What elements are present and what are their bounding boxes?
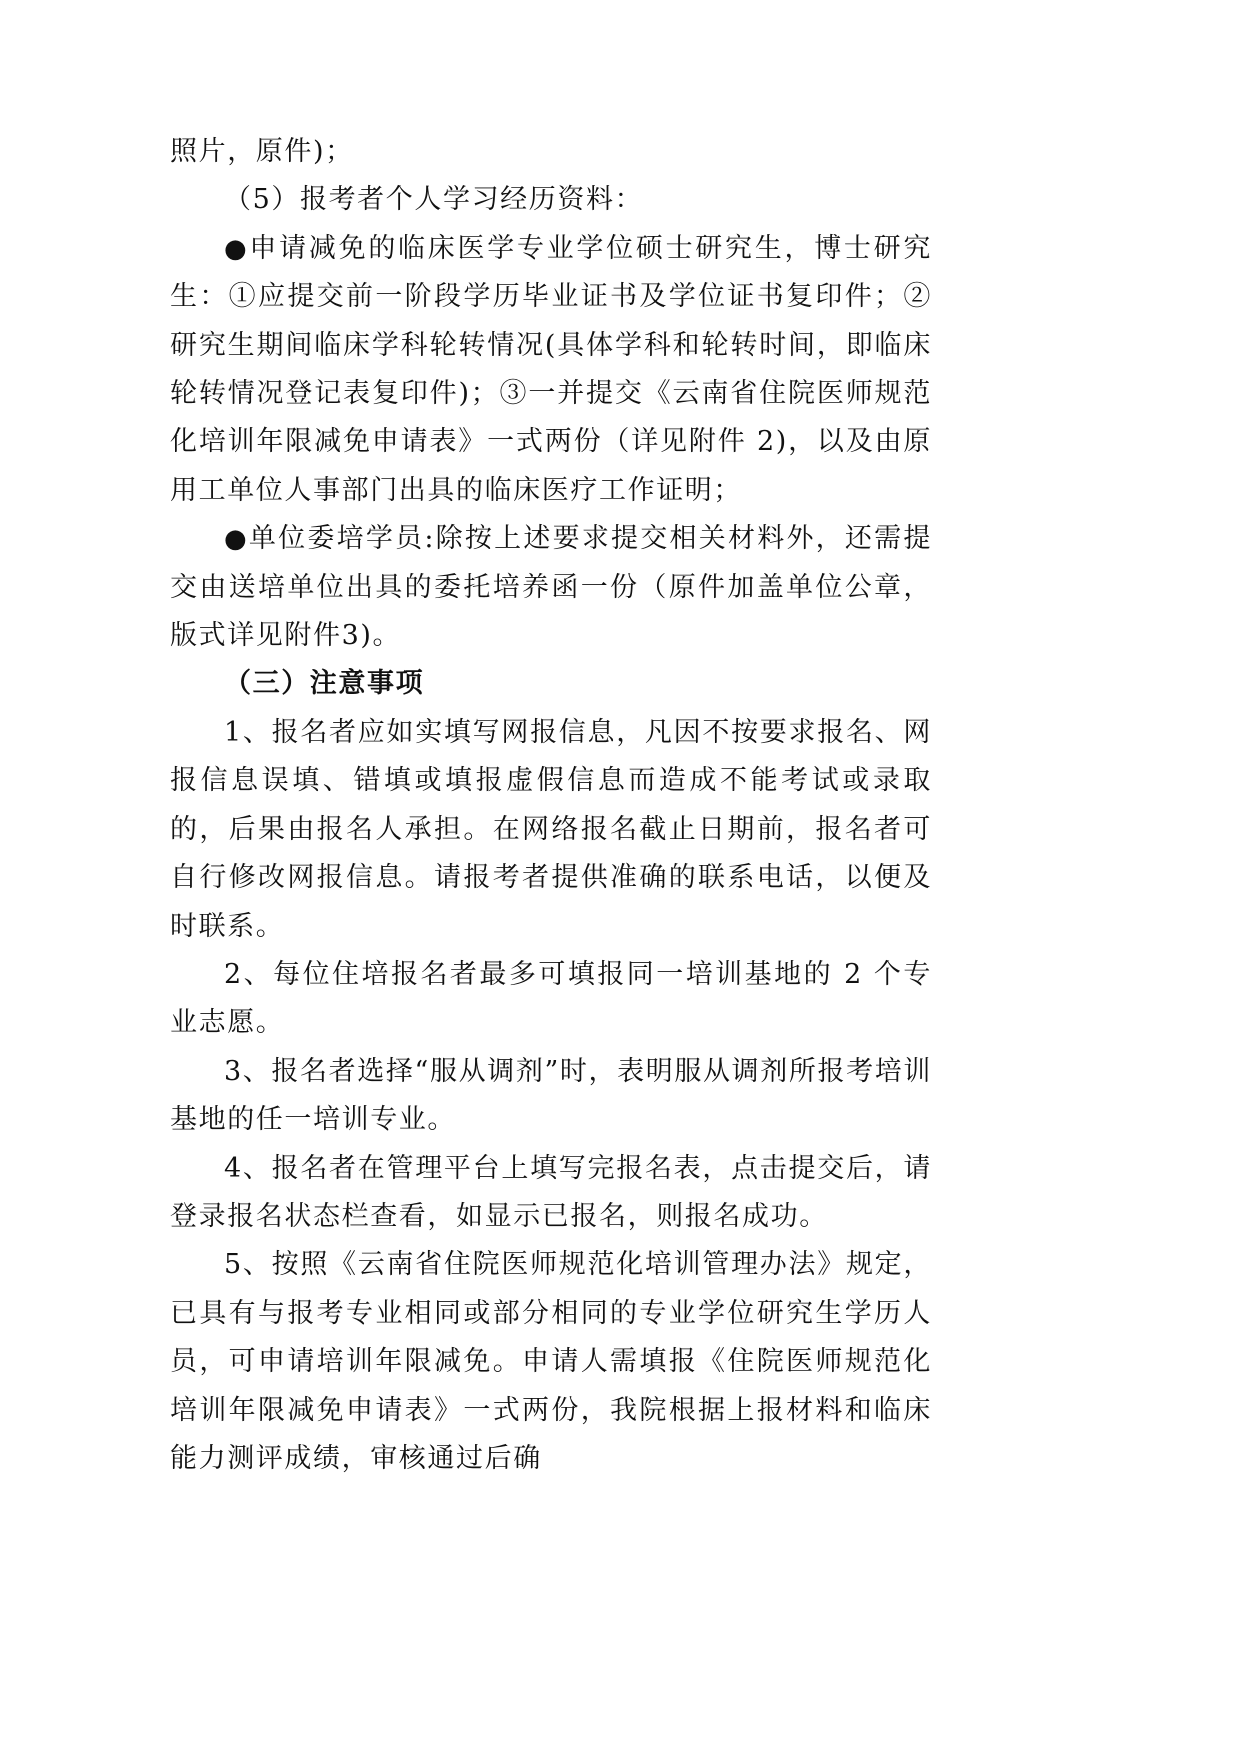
- note-item-4: 4、报名者在管理平台上填写完报名表，点击提交后，请登录报名状态栏查看，如显示已报…: [170, 1145, 932, 1242]
- bullet-text: 申请减免的临床医学专业学位硕士研究生，博士研究生：①应提交前一阶段学历毕业证书及…: [170, 233, 932, 506]
- document-page: 照片，原件)； （5）报考者个人学习经历资料： ●申请减免的临床医学专业学位硕士…: [170, 128, 932, 1483]
- continuation-paragraph: 照片，原件)；: [170, 128, 932, 176]
- bullet-paragraph-degree-holders: ●申请减免的临床医学专业学位硕士研究生，博士研究生：①应提交前一阶段学历毕业证书…: [170, 225, 932, 515]
- note-item-3: 3、报名者选择“服从调剂”时，表明服从调剂所报考培训基地的任一培训专业。: [170, 1048, 932, 1145]
- note-item-2: 2、每位住培报名者最多可填报同一培训基地的 2 个专业志愿。: [170, 951, 932, 1048]
- bullet-text: 单位委培学员:除按上述要求提交相关材料外，还需提交由送培单位出具的委托培养函一份…: [170, 523, 932, 651]
- note-item-5: 5、按照《云南省住院医师规范化培训管理办法》规定，已具有与报考专业相同或部分相同…: [170, 1241, 932, 1483]
- section-heading-notes: （三）注意事项: [170, 660, 932, 708]
- bullet-icon: ●: [224, 524, 249, 554]
- bullet-icon: ●: [224, 234, 249, 264]
- note-item-1: 1、报名者应如实填写网报信息，凡因不按要求报名、网报信息误填、错填或填报虚假信息…: [170, 709, 932, 951]
- bullet-paragraph-commissioned-trainees: ●单位委培学员:除按上述要求提交相关材料外，还需提交由送培单位出具的委托培养函一…: [170, 515, 932, 660]
- item-5-title: （5）报考者个人学习经历资料：: [170, 176, 932, 224]
